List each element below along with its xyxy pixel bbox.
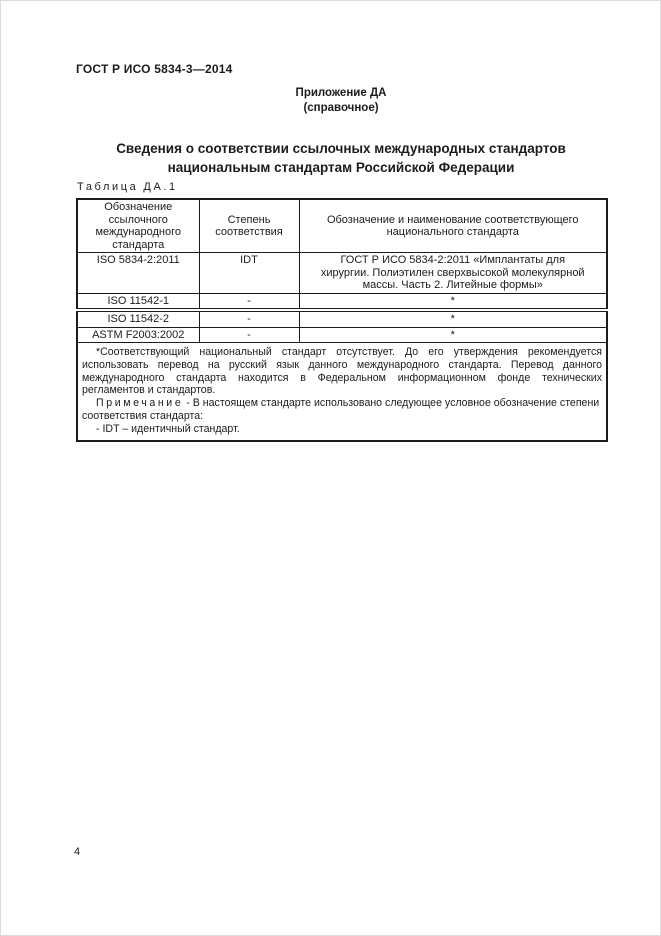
table-caption-label: Таблица [77, 181, 138, 193]
table-footnote-cell: *Соответствующий национальный стандарт о… [77, 343, 607, 441]
cell-reference: ASTM F2003:2002 [77, 327, 199, 343]
appendix-block: Приложение ДА (справочное) [76, 86, 606, 116]
footnote-note: Примечание- В настоящем стандарте исполь… [82, 397, 602, 423]
col-header-reference-standard: Обозначение ссылочного международного ст… [77, 199, 199, 253]
section-title: Сведения о соответствии ссылочных междун… [76, 139, 606, 177]
cell-degree: - [199, 327, 299, 343]
table-caption-number: ДА.1 [143, 181, 177, 193]
note-label: Примечание [96, 397, 183, 409]
doc-code: ГОСТ Р ИСО 5834-3—2014 [76, 62, 232, 76]
cell-reference: ISO 11542-2 [77, 312, 199, 328]
note-item-idt: - IDT – идентичный стандарт. [82, 423, 602, 436]
appendix-kind: (справочное) [76, 101, 606, 116]
col-header-degree: Степень соответствия [199, 199, 299, 253]
table-header-row: Обозначение ссылочного международного ст… [77, 199, 607, 253]
table-row: ISO 11542-1 - * [77, 293, 607, 309]
appendix-label: Приложение ДА [76, 86, 606, 101]
table-caption: Таблица ДА.1 [77, 181, 178, 193]
document-page: ГОСТ Р ИСО 5834-3—2014 Приложение ДА (сп… [0, 0, 661, 936]
table-row: ASTM F2003:2002 - * [77, 327, 607, 343]
cell-degree: - [199, 312, 299, 328]
cell-reference: ISO 5834-2:2011 [77, 253, 199, 294]
table-row: ISO 5834-2:2011 IDT ГОСТ Р ИСО 5834-2:20… [77, 253, 607, 294]
cell-national: * [299, 312, 607, 328]
cell-degree: IDT [199, 253, 299, 294]
cell-national: * [299, 327, 607, 343]
table-row: ISO 11542-2 - * [77, 312, 607, 328]
cell-reference: ISO 11542-1 [77, 293, 199, 309]
correspondence-table: Обозначение ссылочного международного ст… [76, 198, 608, 442]
table-segment-upper: Обозначение ссылочного международного ст… [76, 198, 608, 309]
table-segment-lower: ISO 11542-2 - * ASTM F2003:2002 - * *Соо… [76, 311, 608, 442]
page-number: 4 [74, 846, 80, 858]
cell-degree: - [199, 293, 299, 309]
col-header-national-standard: Обозначение и наименование соответствующ… [299, 199, 607, 253]
footnote-text: *Соответствующий национальный стандарт о… [82, 346, 602, 397]
cell-national: * [299, 293, 607, 309]
table-footnote-row: *Соответствующий национальный стандарт о… [77, 343, 607, 441]
cell-national: ГОСТ Р ИСО 5834-2:2011 «Имплантаты для х… [299, 253, 607, 294]
